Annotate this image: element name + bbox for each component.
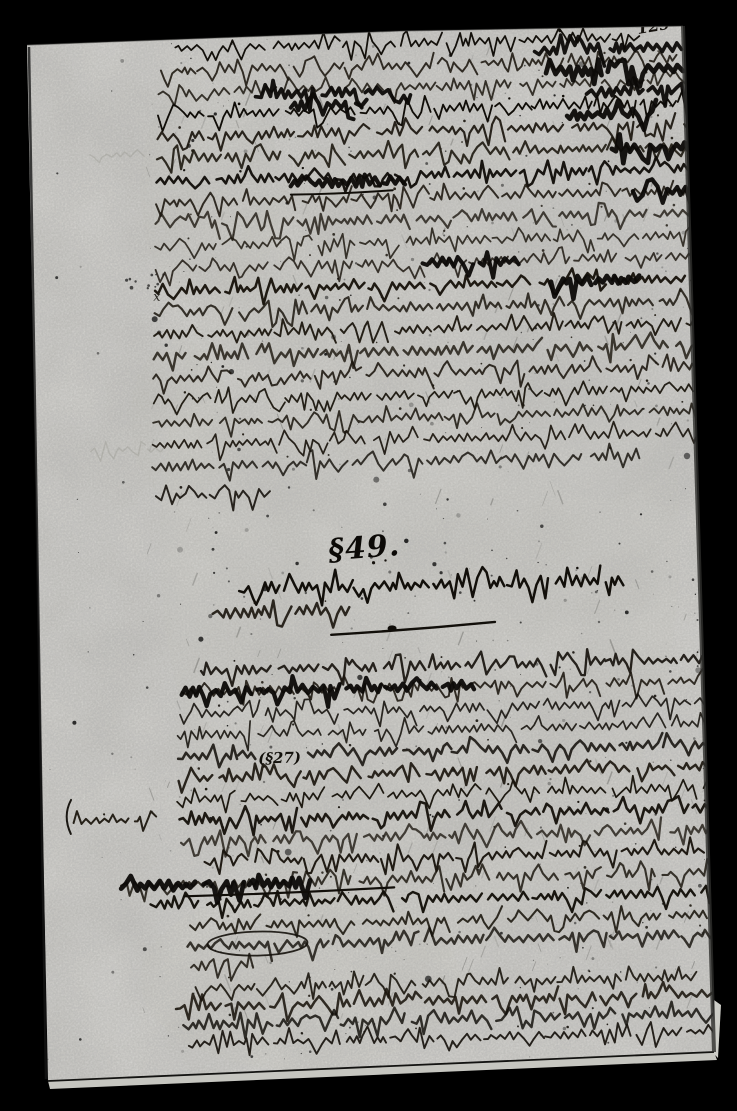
- inline-section-reference: (§27): [258, 749, 301, 768]
- scan-background: 129 §49. (§27) x: [0, 0, 737, 1111]
- margin-x-mark: x: [153, 290, 161, 305]
- section-mark: §49.: [326, 528, 401, 568]
- manuscript-scan: 129 §49. (§27) x: [0, 0, 737, 1111]
